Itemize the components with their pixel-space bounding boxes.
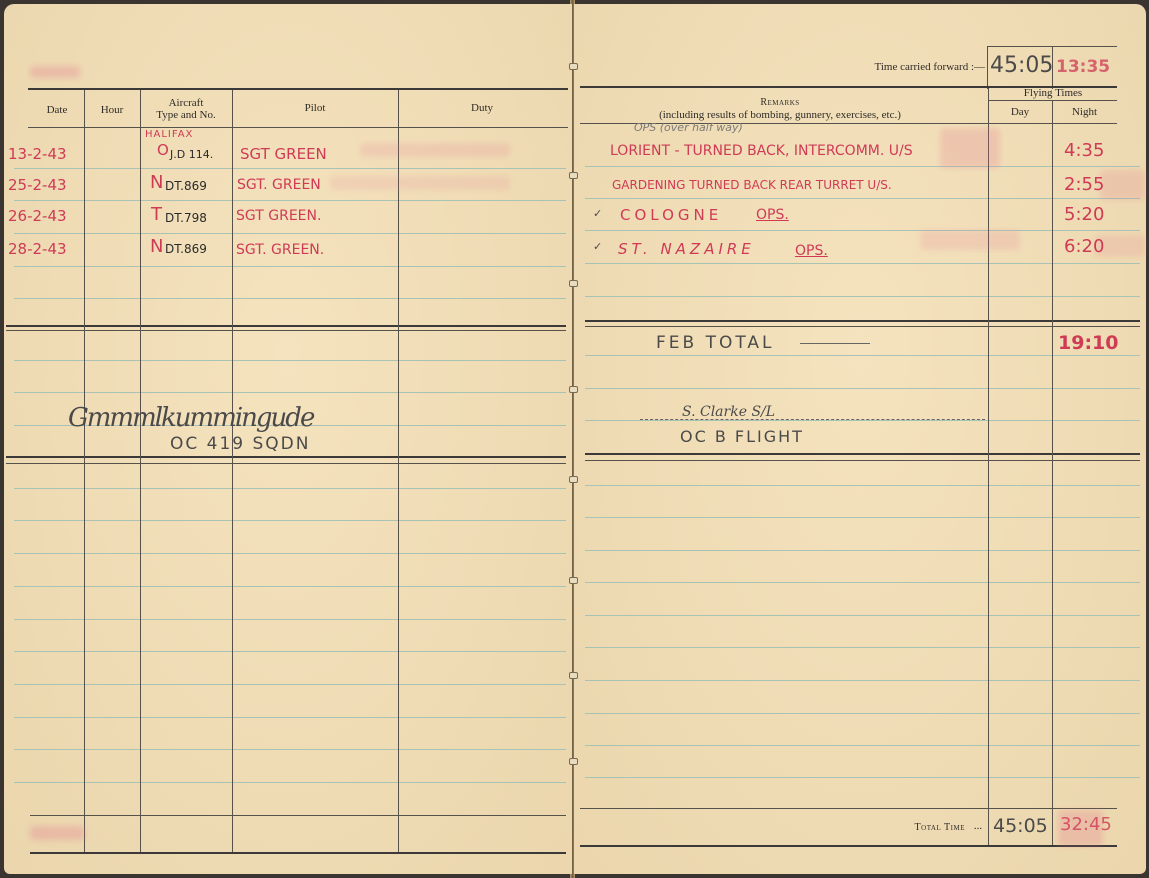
ruled-line — [14, 717, 566, 718]
night-column-divider — [1052, 100, 1053, 845]
total-rule — [30, 815, 566, 816]
remark-text: LORIENT - TURNED BACK, INTERCOMM. U/S — [610, 143, 913, 159]
section-rule — [6, 456, 566, 458]
night-time-cell: 2:55 — [1064, 174, 1104, 195]
ink-offset-stain — [1100, 170, 1145, 200]
column-divider — [398, 90, 399, 852]
date-cell: 25-2-43 — [8, 176, 67, 194]
ruled-line — [585, 550, 1140, 551]
ink-offset-stain — [920, 230, 1020, 250]
ruled-line — [14, 782, 566, 783]
ruled-line — [14, 266, 566, 267]
pilot-cell: SGT. GREEN. — [236, 242, 324, 258]
squadron-commander-signature: Gmmmlkummingude — [68, 403, 313, 433]
column-divider — [987, 47, 988, 89]
pilot-cell: SGT GREEN — [240, 145, 327, 163]
month-total-night: 19:10 — [1058, 332, 1118, 354]
ruled-line — [585, 485, 1140, 486]
binding-stitch — [569, 63, 578, 70]
remarks-note: OPS (over half way) — [634, 121, 743, 134]
total-time-label: Total Time — [860, 822, 965, 834]
ruled-line — [585, 647, 1140, 648]
checkmark-icon: ✓ — [593, 207, 602, 220]
ruled-line — [585, 582, 1140, 583]
ruled-line — [585, 230, 1140, 231]
aircraft-type-note: HALIFAX — [145, 129, 193, 140]
header-aircraft: Aircraft Type and No. — [140, 97, 232, 121]
carried-forward-top-rule — [987, 46, 1117, 47]
signature-title: OC 419 SQDN — [170, 434, 311, 454]
ruled-line — [14, 488, 566, 489]
date-cell: 28-2-43 — [8, 240, 67, 258]
binding-stitch — [569, 386, 578, 393]
aircraft-letter: N — [150, 236, 163, 257]
aircraft-letter: N — [150, 172, 163, 193]
ruled-line — [585, 680, 1140, 681]
header-bottom-rule — [28, 127, 568, 128]
ruled-line — [14, 553, 566, 554]
header-date: Date — [30, 104, 84, 116]
header-hour: Hour — [84, 104, 140, 116]
header-aircraft-line1: Aircraft — [140, 97, 232, 109]
remark-ops: OPS. — [795, 243, 828, 259]
night-header: Night — [1052, 106, 1117, 118]
ink-offset-stain — [30, 66, 80, 78]
time-carried-forward-label: Time carried forward :— — [810, 61, 985, 73]
header-top-rule — [28, 88, 568, 90]
remarks-subheader: (including results of bombing, gunnery, … — [590, 109, 970, 121]
ruled-line — [14, 233, 566, 234]
ruled-line — [14, 360, 566, 361]
ruled-line — [585, 517, 1140, 518]
aircraft-letter: O — [157, 141, 169, 159]
header-aircraft-line2: Type and No. — [140, 109, 232, 121]
carried-forward-day: 45:05 — [990, 53, 1053, 78]
ruled-line — [585, 388, 1140, 389]
ink-offset-stain — [330, 176, 510, 190]
binding-stitch — [569, 280, 578, 287]
ruled-line — [585, 263, 1140, 264]
ruled-line — [585, 745, 1140, 746]
right-page — [574, 4, 1146, 874]
ruled-line — [14, 200, 566, 201]
ruled-line — [14, 168, 566, 169]
aircraft-number: J.D 114. — [170, 148, 213, 161]
section-rule — [6, 330, 566, 331]
total-dash — [800, 343, 870, 344]
ruled-line — [14, 392, 566, 393]
binding-stitch — [569, 476, 578, 483]
column-divider — [140, 90, 141, 852]
carried-forward-night: 13:35 — [1056, 57, 1110, 77]
total-rule — [580, 808, 1117, 809]
total-night: 32:45 — [1060, 814, 1112, 835]
section-rule — [585, 460, 1140, 461]
total-day: 45:05 — [993, 815, 1048, 837]
ink-offset-stain — [30, 826, 85, 840]
column-divider — [232, 90, 233, 852]
ruled-line — [585, 420, 1140, 421]
bottom-rule — [580, 845, 1117, 847]
ink-offset-stain — [940, 128, 1000, 168]
ink-offset-stain — [360, 143, 510, 157]
ruled-line — [585, 198, 1140, 199]
ruled-line — [585, 166, 1140, 167]
ruled-line — [14, 298, 566, 299]
section-rule — [585, 320, 1140, 322]
ruled-line — [14, 651, 566, 652]
ruled-line — [14, 619, 566, 620]
total-time-dots: ... — [968, 820, 988, 832]
ruled-line — [585, 777, 1140, 778]
remarks-header: Remarks — [590, 97, 970, 109]
ruled-line — [14, 586, 566, 587]
ruled-line — [14, 749, 566, 750]
binding-stitch — [569, 672, 578, 679]
signature-dotted-line — [640, 419, 985, 420]
ruled-line — [585, 296, 1140, 297]
aircraft-number: DT.869 — [165, 179, 207, 193]
date-cell: 13-2-43 — [8, 145, 67, 163]
header-duty: Duty — [398, 102, 566, 114]
section-rule — [585, 326, 1140, 327]
night-time-cell: 6:20 — [1064, 236, 1104, 257]
header-pilot: Pilot — [232, 102, 398, 114]
flight-commander-signature: S. Clarke S/L — [682, 404, 775, 420]
binding-stitch — [569, 172, 578, 179]
pilot-cell: SGT. GREEN — [237, 177, 321, 193]
bottom-rule — [30, 852, 566, 854]
binding-stitch — [569, 577, 578, 584]
day-column-divider — [988, 88, 989, 845]
binding-stitch — [569, 758, 578, 765]
ruled-line — [585, 713, 1140, 714]
day-header: Day — [988, 106, 1052, 118]
date-cell: 26-2-43 — [8, 207, 67, 225]
flight-signature-title: OC B FLIGHT — [680, 427, 804, 446]
ruled-line — [585, 615, 1140, 616]
aircraft-letter: T — [151, 204, 162, 225]
remark-text: GARDENING TURNED BACK REAR TURRET U/S. — [612, 178, 892, 192]
aircraft-number: DT.798 — [165, 211, 207, 225]
ruled-line — [14, 684, 566, 685]
night-time-cell: 5:20 — [1064, 204, 1104, 225]
column-divider — [84, 90, 85, 852]
checkmark-icon: ✓ — [593, 240, 602, 253]
section-rule — [6, 463, 566, 464]
remark-place: COLOGNE — [620, 206, 722, 224]
aircraft-number: DT.869 — [165, 242, 207, 256]
flying-times-header: Flying Times — [988, 87, 1118, 99]
ruled-line — [14, 520, 566, 521]
remark-place: ST. NAZAIRE — [618, 240, 755, 258]
pilot-cell: SGT GREEN. — [236, 208, 321, 224]
night-time-cell: 4:35 — [1064, 140, 1104, 161]
section-rule — [6, 325, 566, 327]
remark-ops: OPS. — [756, 207, 789, 223]
ruled-line — [585, 355, 1140, 356]
section-rule — [585, 453, 1140, 455]
month-total-label: FEB TOTAL — [656, 333, 775, 353]
